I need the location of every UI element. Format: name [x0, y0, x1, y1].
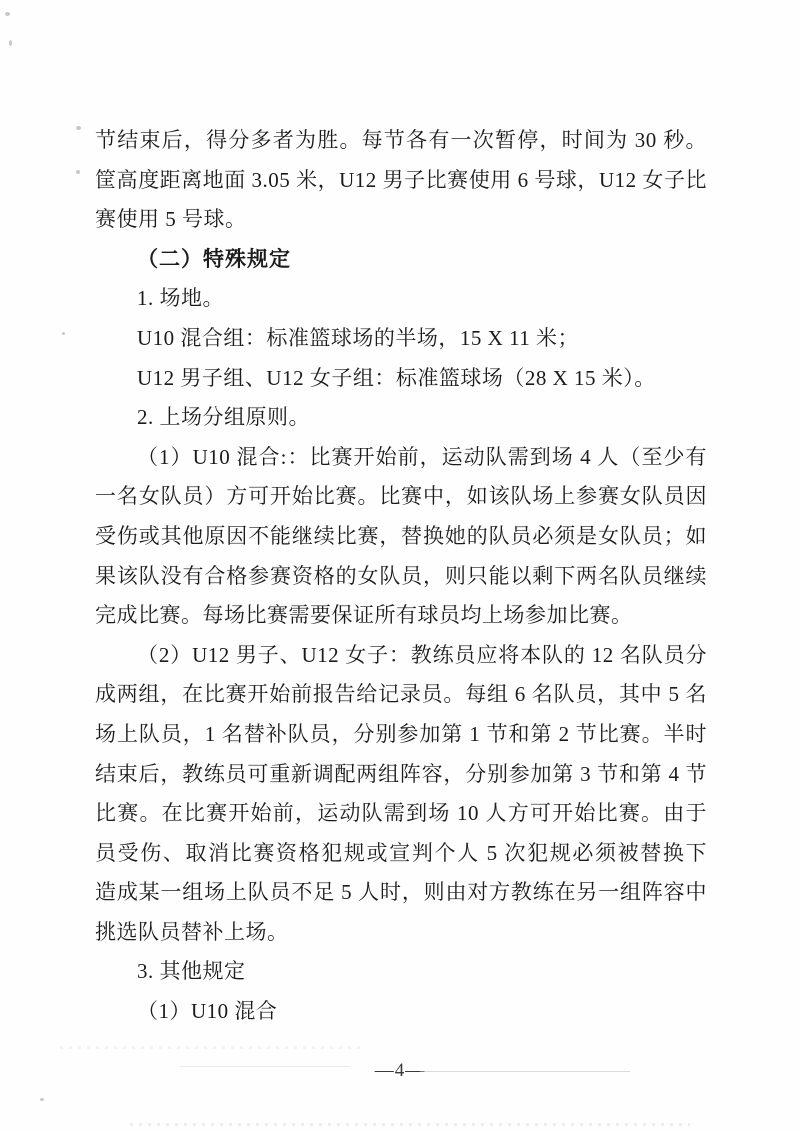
text-line: 节结束后，得分多者为胜。每节各有一次暂停，时间为 30 秒。篮	[95, 121, 707, 161]
document-page: 节结束后，得分多者为胜。每节各有一次暂停，时间为 30 秒。篮 筐高度距离地面 …	[0, 0, 800, 1131]
scan-speck	[76, 170, 80, 174]
text-line: U10 混合组：标准篮球场的半场，15 X 11 米；	[95, 319, 707, 359]
text-line: 2. 上场分组原则。	[95, 398, 707, 438]
text-line: U12 男子组、U12 女子组：标准篮球场（28 X 15 米）。	[95, 359, 707, 399]
text-line: 场上队员，1 名替补队员，分别参加第 1 节和第 2 节比赛。半时	[95, 715, 707, 755]
text-line: 赛使用 5 号球。	[95, 200, 707, 240]
text-line: 3. 其他规定	[95, 952, 707, 992]
document-body: 节结束后，得分多者为胜。每节各有一次暂停，时间为 30 秒。篮 筐高度距离地面 …	[95, 121, 707, 1032]
scan-speck	[62, 332, 65, 335]
text-line: 一名女队员）方可开始比赛。比赛中，如该队场上参赛女队员因	[95, 477, 707, 517]
section-heading: （二）特殊规定	[95, 240, 707, 280]
scan-speck	[40, 1098, 44, 1101]
text-line: （2）U12 男子、U12 女子：教练员应将本队的 12 名队员分	[95, 636, 707, 676]
scan-speck	[76, 126, 81, 130]
text-line: 成两组，在比赛开始前报告给记录员。每组 6 名队员，其中 5 名	[95, 675, 707, 715]
scan-line-artifact	[420, 1071, 630, 1072]
page-number: —4—	[0, 1058, 800, 1084]
scan-speck	[9, 40, 12, 46]
scan-noise-band	[130, 1123, 690, 1126]
text-line: 受伤或其他原因不能继续比赛，替换她的队员必须是女队员；如	[95, 517, 707, 557]
text-line: 1. 场地。	[95, 279, 707, 319]
text-line: （1）U10 混合:：比赛开始前，运动队需到场 4 人（至少有	[95, 438, 707, 478]
text-line: 比赛。在比赛开始前，运动队需到场 10 人方可开始比赛。由于队	[95, 794, 707, 834]
text-line: 筐高度距离地面 3.05 米，U12 男子比赛使用 6 号球，U12 女子比	[95, 161, 707, 201]
text-line: 挑选队员替补上场。	[95, 913, 707, 953]
scan-speck	[5, 12, 10, 16]
scan-noise-band	[60, 1046, 360, 1049]
text-line: 果该队没有合格参赛资格的女队员，则只能以剩下两名队员继续	[95, 557, 707, 597]
text-line: 完成比赛。每场比赛需要保证所有球员均上场参加比赛。	[95, 596, 707, 636]
scan-line-artifact	[180, 1066, 350, 1067]
text-line: 结束后，教练员可重新调配两组阵容，分别参加第 3 节和第 4 节	[95, 755, 707, 795]
text-line: 员受伤、取消比赛资格犯规或宣判个人 5 次犯规必须被替换下场，	[95, 834, 707, 874]
text-line: 造成某一组场上队员不足 5 人时，则由对方教练在另一组阵容中	[95, 873, 707, 913]
text-line: （1）U10 混合	[95, 992, 707, 1032]
